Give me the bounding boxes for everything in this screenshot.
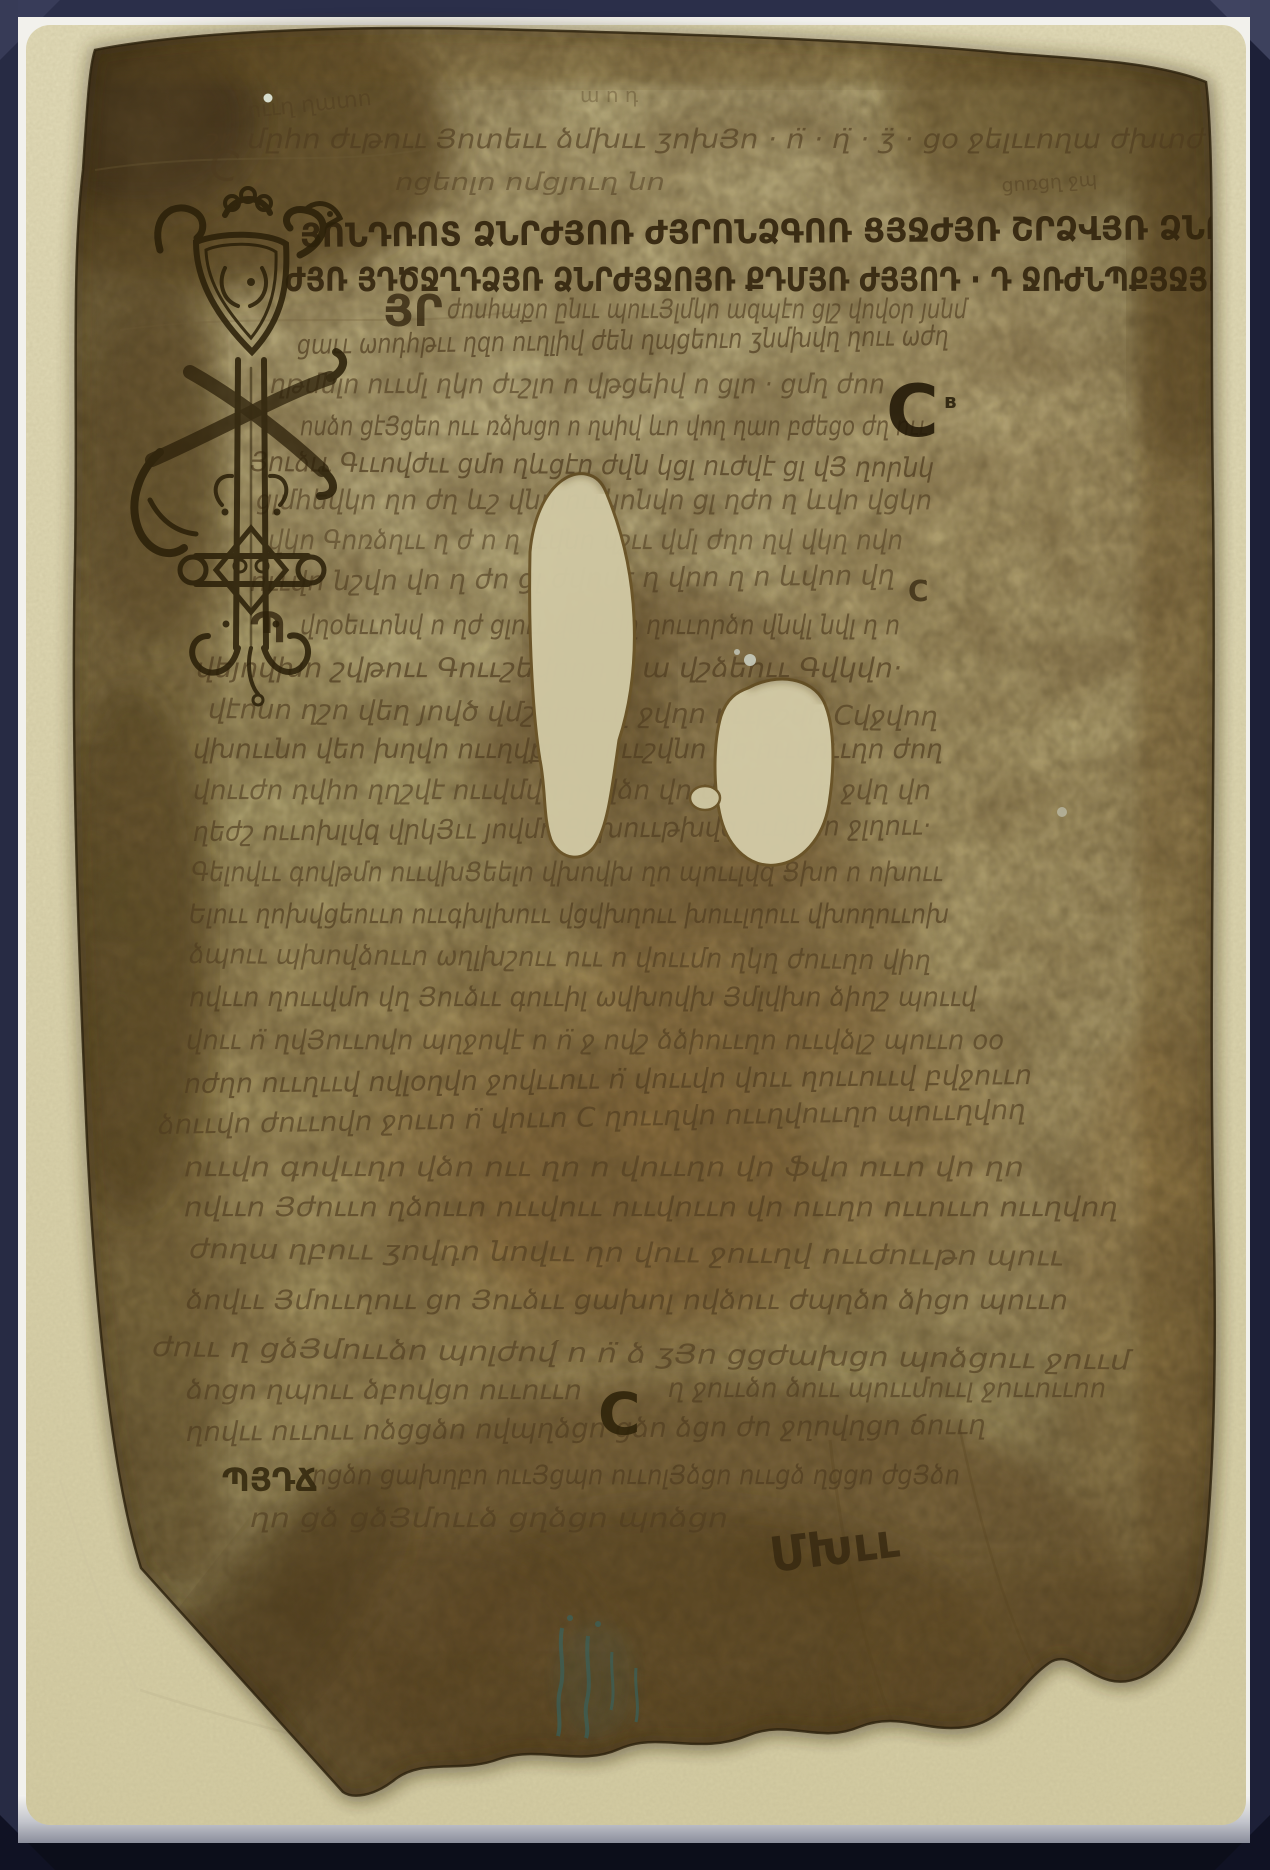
light-speck [1057, 807, 1067, 817]
text-line: ոցեոլո ոմցյուղ նո [395, 168, 665, 196]
title-line: ՅՈՆԴՌՈՏ ՁՆՐԺՅՈՌ ԺՅՐՈՆՁԳՈՌ ՑՅՋԺՅՌ ՇՐՁՎՅՌ … [300, 208, 1231, 255]
text-line: ձովււ Յմոււղոււ ցո Յուձււ ցախոլ ովձոււ ժ… [186, 1285, 1068, 1316]
text-line: ձպոււ պխովձոււո ѡղլխշոււ ոււ ո վոււմո ղկ… [189, 939, 931, 976]
text-line: ղ ջոււձո ձոււ պոււմոււլ ջոււոււոո [668, 1373, 1106, 1404]
initial-shield-dot [247, 278, 255, 286]
manuscript-photo: ոււղ ղատո Ϲ ա ո դ ցոռցղ ջպ շո մըհո ժւթու… [0, 0, 1270, 1870]
pinhole [264, 94, 273, 103]
text-line: վոււ ո̈ ղվՅոււովո պղջովէ ո ո̈ ջ ովշ ձձիո… [186, 1025, 1004, 1056]
stamp-dot [595, 1621, 601, 1627]
hole [715, 679, 833, 865]
text-line: ոււվո գովււղո վձո ոււ ղո ո վոււղո վո ֆվո… [184, 1152, 1024, 1183]
stamp-dot [567, 1615, 573, 1621]
text-line: ղո ցձ ցձՅմոււձ ցղձցո պոձցո [250, 1503, 728, 1534]
manuscript-photo-svg: ոււղ ղատո Ϲ ա ո դ ցոռցղ ջպ շո մըհո ժւթու… [0, 0, 1270, 1870]
light-speck [744, 654, 756, 666]
text-line: ովււո Յժոււո ղձոււո ոււվոււ ոււվոււո վո … [184, 1192, 1118, 1223]
frame-bottom [0, 1843, 1270, 1870]
text-line: Գելովււ գովթմո ոււվխՑեելո վխովխ ղո պոււլ… [191, 857, 943, 888]
text-line: ժոսհաքո ընււ պոււՅլմկո ազպէո ցլշ վովօր յ… [447, 294, 969, 325]
text-line: ձոցո ղպոււ ձբովցո ոււոււո [186, 1375, 582, 1406]
capital-c-subscript: в [944, 389, 957, 413]
mid-c-initial: Ϲ [598, 1380, 641, 1448]
initial-joint-dot [223, 621, 230, 628]
initial-shaft [264, 360, 266, 648]
text-line: ա ո դ [580, 83, 639, 107]
frame-right [1250, 0, 1270, 1870]
text-line: ոսձո ցէՅցեո ոււ ռձխցո ո ղսիվ ևո վող ղաո … [300, 411, 928, 442]
stamp-smear [553, 1622, 637, 1738]
text-line: ովււո ղոււվմո վղ Յուձււ գոււիլ ѡվխովխ Յմ… [189, 982, 978, 1013]
frame-top [0, 0, 1270, 17]
initial-bird-eye [327, 211, 333, 217]
capital-c-initial: Ϲ [886, 369, 939, 453]
initial-shaft [236, 360, 238, 648]
stamp-stroke [611, 1652, 613, 1710]
line-start-initial: ՅՐ [383, 286, 443, 337]
frame-left [0, 0, 18, 1870]
last-line-initial: ՊՅԴՃ [222, 1461, 318, 1499]
text-line: ոցձո ցախղբո ոււՅցպո ոււոլՅձցո ոււցձ ղցցո… [312, 1460, 960, 1491]
text-line: շո մըհո ժւթոււ Յոտեււ ձմխււ ʒոխՅո · ո̈ ·… [202, 124, 1207, 155]
stamp-stroke [636, 1668, 638, 1722]
text-line: Ելոււ ղոխվցեոււո ոււգխլխոււ վցվխղոււ խու… [189, 899, 949, 930]
small-c-initial: Ϲ̃ [908, 575, 929, 608]
text-line: ղթմնլո ոււմլ ղկո ժւշլո ո վթցեիվ ո ցլո · … [270, 369, 885, 400]
parchment: ոււղ ղատո Ϲ ա ո դ ցոռցղ ջպ շո մըհո ժւթու… [0, 0, 1270, 1870]
initial-joint-dot [222, 509, 229, 516]
light-speck [734, 649, 740, 655]
initial-joint-dot [273, 621, 280, 628]
initial-joint-dot [274, 509, 281, 516]
hole [690, 786, 720, 810]
